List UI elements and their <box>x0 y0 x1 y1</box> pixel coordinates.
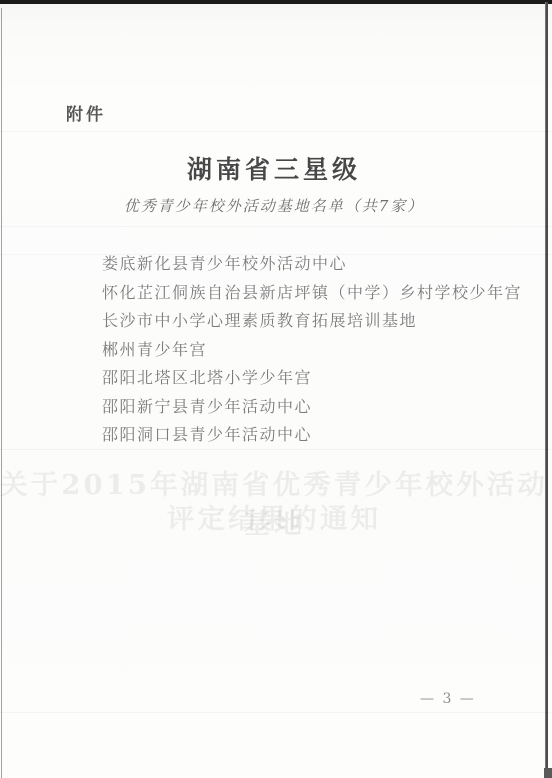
list-item: 邵阳洞口县青少年活动中心 <box>102 421 522 450</box>
scan-edge-top <box>0 0 552 4</box>
scan-artifact-band <box>0 712 552 713</box>
bleedthrough-text-line2: 评定结果的通知 <box>0 497 552 536</box>
page-subtitle: 优秀青少年校外活动基地名单（共7家） <box>0 195 548 216</box>
page-number: — 3 — <box>420 691 476 707</box>
scan-artifact-band <box>0 131 552 132</box>
page-title: 湖南省三星级 <box>0 150 548 186</box>
scan-edge-right <box>545 2 548 778</box>
scan-edge-left <box>1 8 2 778</box>
scan-corner-mark <box>544 768 552 778</box>
list-item: 长沙市中小学心理素质教育拓展培训基地 <box>102 307 522 336</box>
scanned-document-page: 附件 湖南省三星级 优秀青少年校外活动基地名单（共7家） 娄底新化县青少年校外活… <box>0 0 552 778</box>
list-item: 郴州青少年宫 <box>102 336 522 365</box>
list-item: 娄底新化县青少年校外活动中心 <box>102 250 522 279</box>
scan-artifact-band <box>0 226 552 227</box>
base-list: 娄底新化县青少年校外活动中心 怀化芷江侗族自治县新店坪镇（中学）乡村学校少年宫 … <box>102 250 522 450</box>
attachment-label: 附件 <box>66 100 106 125</box>
list-item: 邵阳新宁县青少年活动中心 <box>102 393 522 422</box>
list-item: 怀化芷江侗族自治县新店坪镇（中学）乡村学校少年宫 <box>102 279 522 308</box>
list-item: 邵阳北塔区北塔小学少年宫 <box>102 364 522 393</box>
